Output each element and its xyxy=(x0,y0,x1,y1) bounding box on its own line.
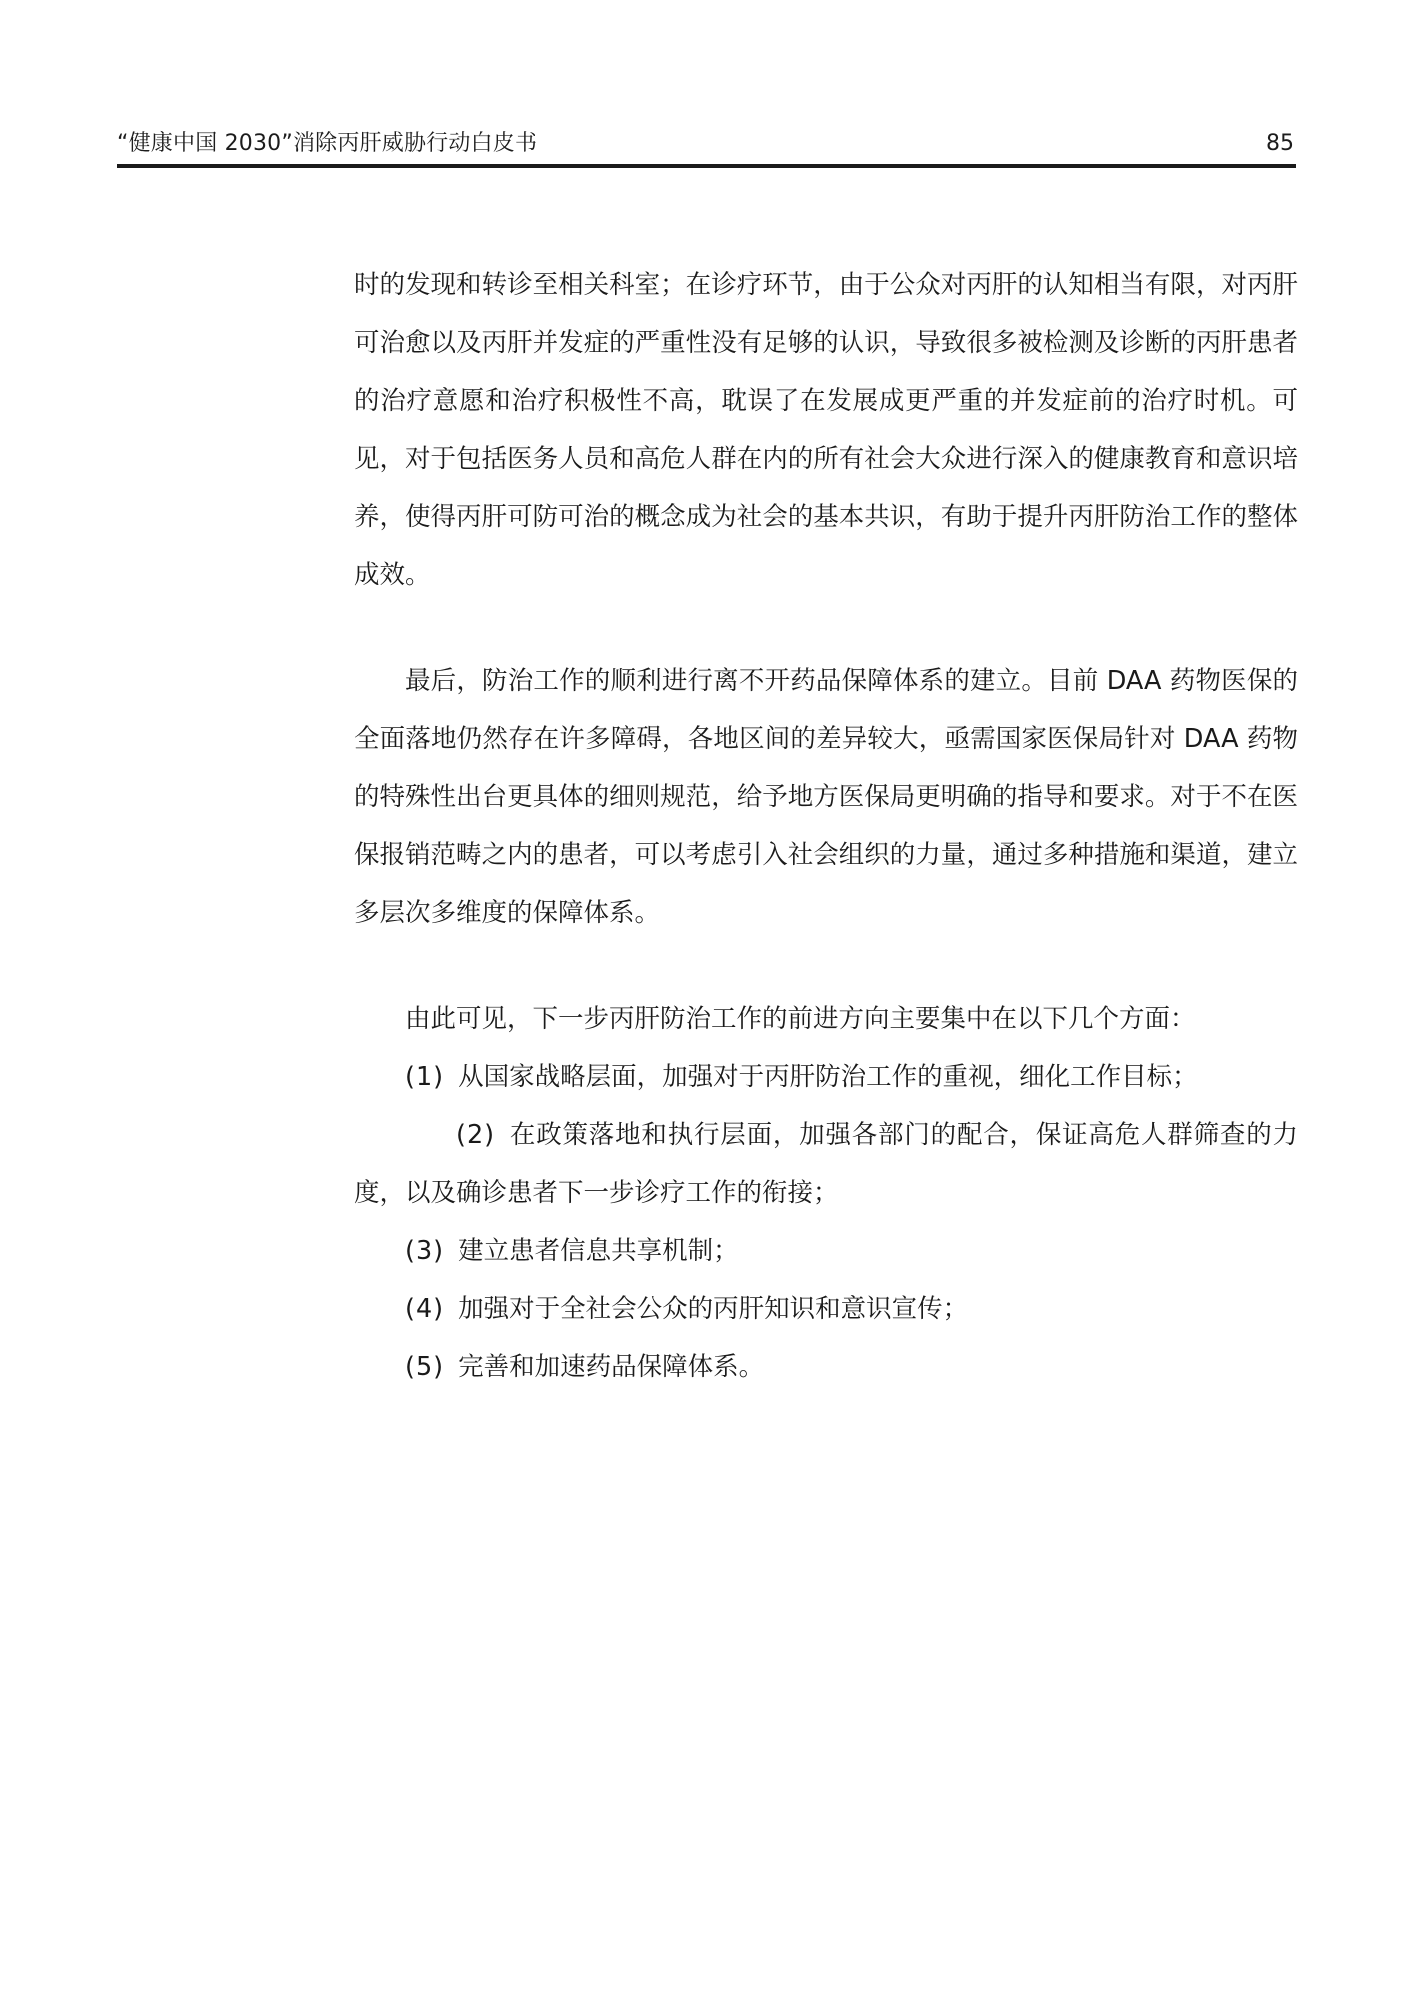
list-text: 从国家战略层面，加强对于丙肝防治工作的重视，细化工作目标； xyxy=(458,1062,1198,1092)
list-number: (2) xyxy=(405,1106,495,1164)
paragraph-gap xyxy=(354,604,1298,652)
page-number: 85 xyxy=(1266,129,1294,159)
paragraph-continuation: 时的发现和转诊至相关科室；在诊疗环节，由于公众对丙肝的认知相当有限，对丙肝可治愈… xyxy=(354,256,1298,604)
list-item: (5)完善和加速药品保障体系。 xyxy=(354,1338,1298,1396)
list-text: 在政策落地和执行层面，加强各部门的配合，保证高危人群筛查的力度，以及确诊患者下一… xyxy=(354,1120,1298,1208)
list-item: (3)建立患者信息共享机制； xyxy=(354,1222,1298,1280)
list-item: (2)在政策落地和执行层面，加强各部门的配合，保证高危人群筛查的力度，以及确诊患… xyxy=(354,1106,1298,1222)
list-text: 加强对于全社会公众的丙肝知识和意识宣传； xyxy=(458,1294,968,1324)
paragraph-gap xyxy=(354,942,1298,990)
body-text: 时的发现和转诊至相关科室；在诊疗环节，由于公众对丙肝的认知相当有限，对丙肝可治愈… xyxy=(354,256,1298,1396)
header-divider xyxy=(117,164,1296,168)
list-number: (1) xyxy=(405,1048,444,1106)
list-text: 建立患者信息共享机制； xyxy=(458,1236,739,1266)
list-number: (5) xyxy=(405,1338,444,1396)
document-title: “健康中国 2030”消除丙肝威胁行动白皮书 xyxy=(117,129,537,159)
list-item: (4)加强对于全社会公众的丙肝知识和意识宣传； xyxy=(354,1280,1298,1338)
running-header: “健康中国 2030”消除丙肝威胁行动白皮书 85 xyxy=(117,125,1296,169)
list-number: (3) xyxy=(405,1222,444,1280)
paragraph-summary-intro: 由此可见，下一步丙肝防治工作的前进方向主要集中在以下几个方面： xyxy=(354,990,1298,1048)
list-item: (1)从国家战略层面，加强对于丙肝防治工作的重视，细化工作目标； xyxy=(354,1048,1298,1106)
list-number: (4) xyxy=(405,1280,444,1338)
paragraph-drug-security: 最后，防治工作的顺利进行离不开药品保障体系的建立。目前 DAA 药物医保的全面落… xyxy=(354,652,1298,942)
list-text: 完善和加速药品保障体系。 xyxy=(458,1352,764,1382)
